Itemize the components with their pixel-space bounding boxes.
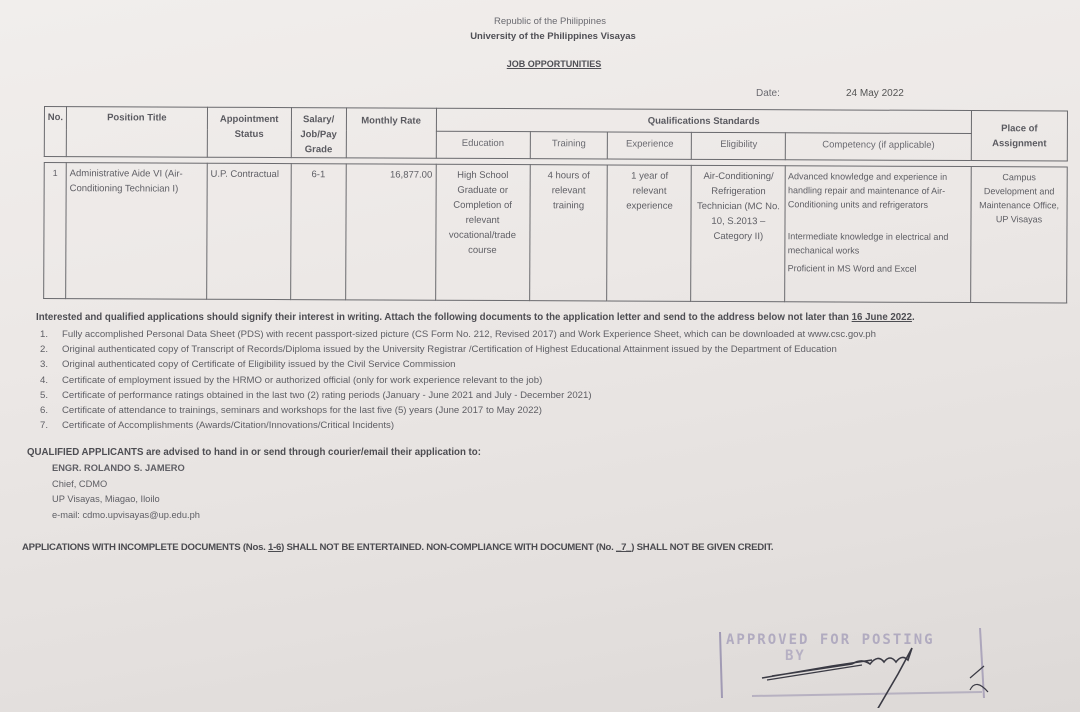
requirement-item: 3.Original authenticated copy of Certifi…: [40, 357, 876, 372]
header-salary-grade: Salary/ Job/Pay Grade: [291, 108, 346, 158]
table-row: 1 Administrative Aide VI (Air-Conditioni…: [44, 163, 1068, 303]
competency-item: Intermediate knowledge in electrical and…: [788, 229, 969, 258]
page-title: JOB OPPORTUNITIES: [0, 59, 1080, 69]
cell-eligibility: Air-Conditioning/ Refrigeration Technici…: [691, 165, 785, 301]
header-place: Place of Assignment: [971, 111, 1067, 161]
cell-appointment-status: U.P. Contractual: [206, 163, 291, 299]
competency-item: Proficient in MS Word and Excel: [788, 261, 969, 276]
header-monthly-rate: Monthly Rate: [346, 108, 436, 158]
header-education: Education: [436, 131, 530, 159]
submission-advice: QUALIFIED APPLICANTS are advised to hand…: [27, 447, 481, 458]
header-republic: Republic of the Philippines: [0, 16, 1080, 27]
header-competency: Competency (if applicable): [786, 133, 972, 161]
cell-position-title: Administrative Aide VI (Air-Conditioning…: [66, 163, 207, 300]
requirement-item: 5.Certificate of performance ratings obt…: [40, 388, 876, 403]
incomplete-documents-warning: APPLICATIONS WITH INCOMPLETE DOCUMENTS (…: [22, 542, 773, 553]
header-position-title: Position Title: [66, 107, 207, 158]
cell-no: 1: [44, 163, 67, 299]
job-opportunities-table: No. Position Title Appointment Status Sa…: [43, 106, 1068, 303]
deadline: 16 June 2022: [852, 312, 912, 323]
date-value: 24 May 2022: [846, 88, 904, 99]
recipient-name: ENGR. ROLANDO S. JAMERO: [52, 461, 200, 477]
header-eligibility: Eligibility: [692, 132, 786, 160]
requirements-list: 1.Fully accomplished Personal Data Sheet…: [40, 327, 876, 433]
cell-salary-grade: 6-1: [290, 164, 346, 300]
header-no: No.: [44, 107, 66, 157]
date-label: Date:: [756, 88, 780, 99]
header-training: Training: [530, 132, 608, 159]
submission-address: ENGR. ROLANDO S. JAMERO Chief, CDMO UP V…: [52, 461, 200, 523]
cell-competency: Advanced knowledge and experience in han…: [785, 166, 971, 303]
requirement-item: 6.Certificate of attendance to trainings…: [40, 403, 876, 418]
recipient-position: Chief, CDMO: [52, 477, 200, 493]
requirement-item: 7.Certificate of Accomplishments (Awards…: [40, 418, 876, 433]
signature-icon: [712, 618, 1012, 708]
cell-place: Campus Development and Maintenance Offic…: [971, 167, 1068, 303]
header-qualifications: Qualifications Standards: [436, 108, 972, 133]
recipient-address: UP Visayas, Miagao, Iloilo: [52, 492, 200, 508]
recipient-email: e-mail: cdmo.upvisayas@up.edu.ph: [52, 508, 200, 524]
header-appointment-status: Appointment Status: [207, 107, 291, 157]
requirement-item: 1.Fully accomplished Personal Data Sheet…: [40, 327, 876, 342]
cell-monthly-rate: 16,877.00: [345, 164, 435, 300]
cell-education: High School Graduate or Completion of re…: [435, 164, 530, 300]
header-university: University of the Philippines Visayas: [0, 31, 1080, 42]
cell-experience: 1 year of relevant experience: [607, 165, 692, 301]
requirement-item: 4.Certificate of employment issued by th…: [40, 373, 876, 388]
header-experience: Experience: [608, 132, 692, 159]
requirement-item: 2.Original authenticated copy of Transcr…: [40, 342, 876, 357]
instructions-intro: Interested and qualified applications sh…: [36, 312, 915, 323]
cell-training: 4 hours of relevant training: [529, 165, 608, 301]
competency-item: Advanced knowledge and experience in han…: [788, 169, 969, 212]
